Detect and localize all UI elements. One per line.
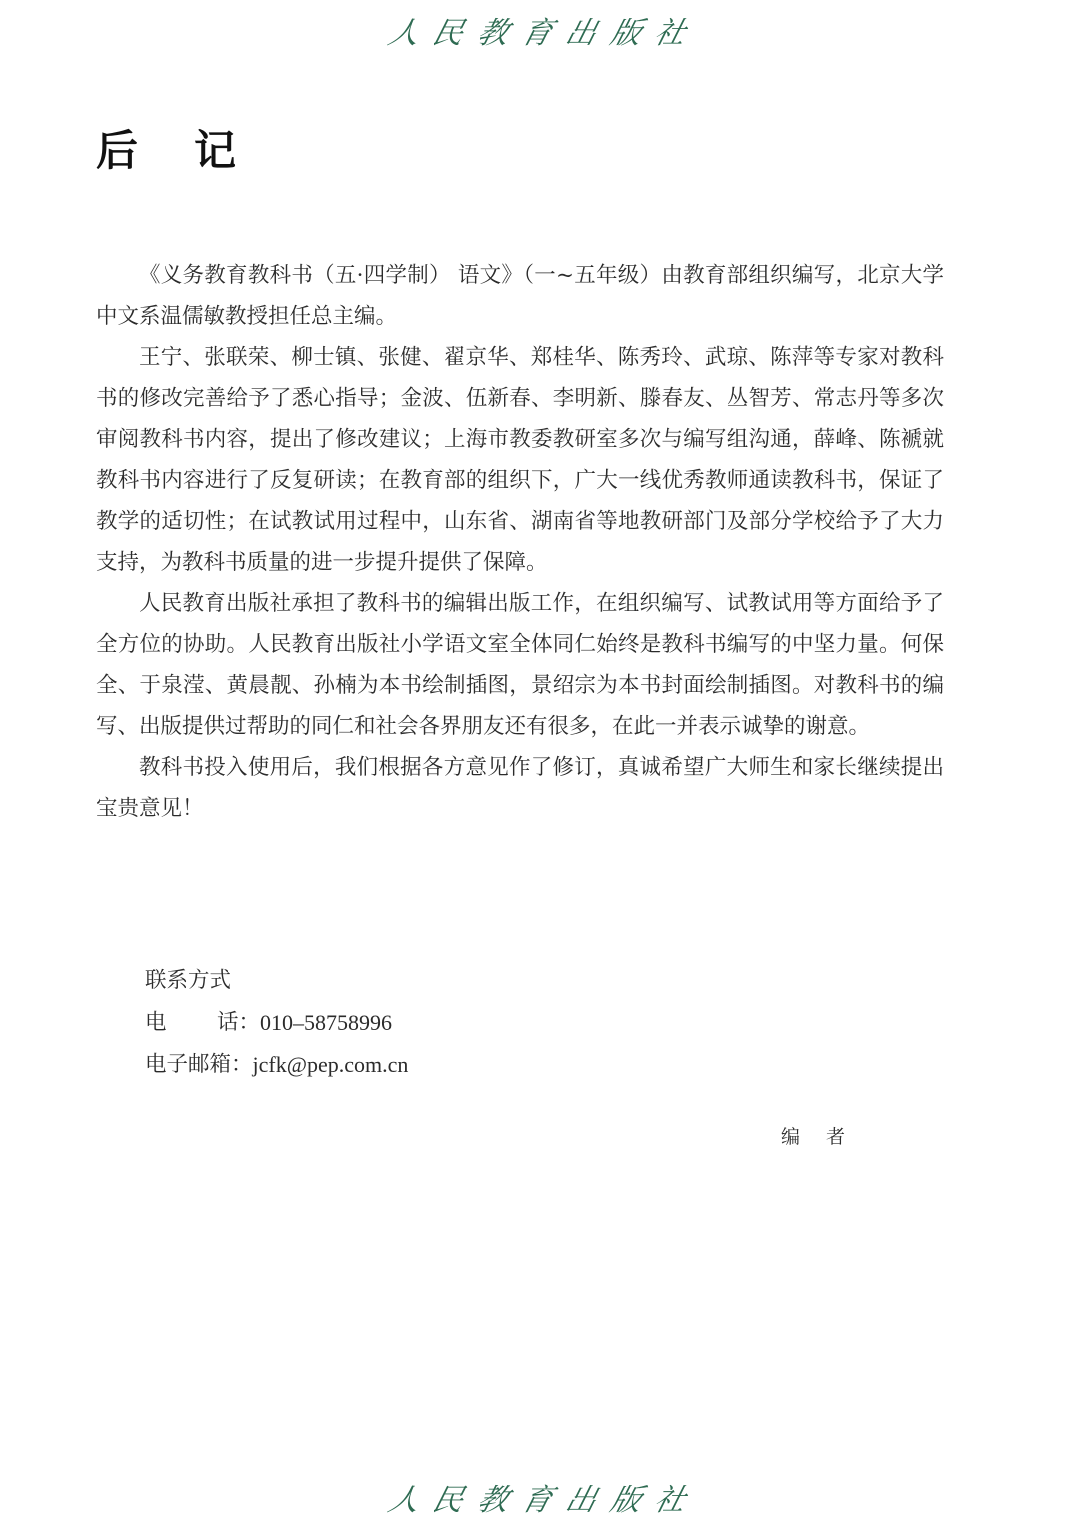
- logo-char: 民: [429, 8, 474, 52]
- logo-char: 出: [562, 8, 607, 52]
- logo-char: 版: [606, 1475, 651, 1519]
- paragraph-acknowledgements-publisher: 人民教育出版社承担了教科书的编辑出版工作，在组织编写、试教试用等方面给予了全方位…: [96, 583, 944, 747]
- contact-email-row: 电子邮箱： jcfk@pep.com.cn: [145, 1044, 408, 1086]
- signature-char: 者: [826, 1122, 845, 1149]
- publisher-logo-top: 人 民 教 育 出 版 社: [390, 8, 690, 52]
- phone-label-part1: 电: [145, 1002, 217, 1044]
- logo-char: 教: [473, 8, 518, 52]
- logo-char: 社: [650, 1475, 695, 1519]
- email-label: 电子邮箱：: [145, 1044, 253, 1086]
- phone-label-part2: 话：: [217, 1002, 260, 1044]
- logo-char: 教: [473, 1475, 518, 1519]
- paragraph-acknowledgements-experts: 王宁、张联荣、柳士镇、张健、翟京华、郑桂华、陈秀玲、武琼、陈萍等专家对教科书的修…: [96, 337, 944, 583]
- paragraph-feedback: 教科书投入使用后，我们根据各方意见作了修订，真诚希望广大师生和家长继续提出宝贵意…: [96, 747, 944, 829]
- logo-char: 社: [650, 8, 695, 52]
- logo-char: 人: [385, 1475, 430, 1519]
- logo-char: 出: [562, 1475, 607, 1519]
- signature-editors: 编 者: [781, 1122, 845, 1149]
- title-char: 后: [96, 118, 138, 178]
- logo-char: 育: [517, 8, 562, 52]
- contact-heading-text: 联系方式: [145, 960, 231, 1002]
- contact-info: 联系方式 电 话： 010–58758996 电子邮箱： jcfk@pep.co…: [145, 960, 408, 1086]
- logo-char: 民: [429, 1475, 474, 1519]
- publisher-logo-bottom: 人 民 教 育 出 版 社: [390, 1475, 690, 1519]
- contact-phone-row: 电 话： 010–58758996: [145, 1002, 408, 1044]
- contact-heading: 联系方式: [145, 960, 408, 1002]
- afterword-body: 《义务教育教科书（五·四学制） 语文》（一~五年级）由教育部组织编写，北京大学中…: [96, 255, 944, 829]
- paragraph-intro: 《义务教育教科书（五·四学制） 语文》（一~五年级）由教育部组织编写，北京大学中…: [96, 255, 944, 337]
- signature-char: 编: [781, 1122, 800, 1149]
- email-address: jcfk@pep.com.cn: [253, 1044, 409, 1086]
- logo-char: 人: [385, 8, 430, 52]
- logo-char: 版: [606, 8, 651, 52]
- phone-number: 010–58758996: [260, 1002, 392, 1044]
- logo-char: 育: [517, 1475, 562, 1519]
- title-char: 记: [194, 118, 236, 178]
- page-title: 后 记: [96, 118, 236, 178]
